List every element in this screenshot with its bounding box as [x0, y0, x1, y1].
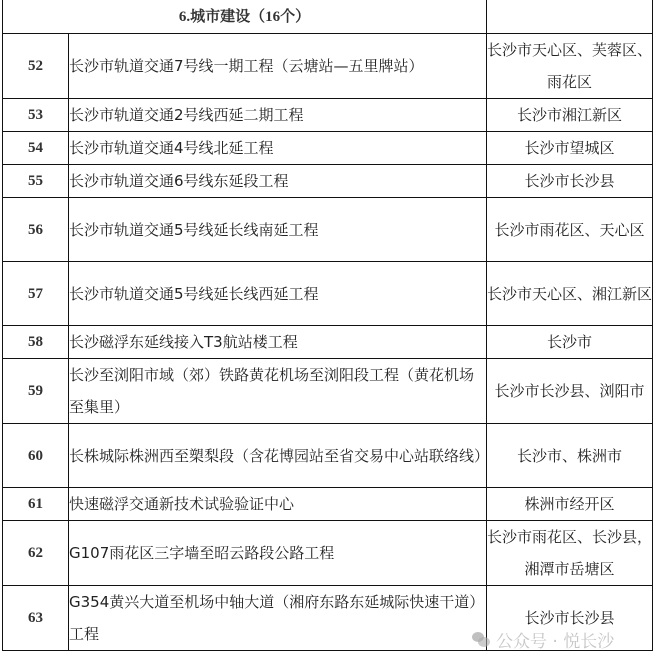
- project-name: G107雨花区三字墙至昭云路段公路工程: [69, 521, 487, 586]
- table-row: 60 长株城际株洲西至槊梨段（含花博园站至省交易中心站联络线） 长沙市、株洲市: [3, 424, 653, 488]
- project-name: 长株城际株洲西至槊梨段（含花博园站至省交易中心站联络线）: [69, 424, 487, 488]
- project-location: 长沙市雨花区、长沙县，湘潭市岳塘区: [487, 521, 653, 586]
- table-row: 62 G107雨花区三字墙至昭云路段公路工程 长沙市雨花区、长沙县，湘潭市岳塘区: [3, 521, 653, 586]
- project-name: 长沙市轨道交通5号线延长线西延工程: [69, 262, 487, 326]
- project-name: 长沙市轨道交通2号线西延二期工程: [69, 99, 487, 132]
- project-name: 长沙磁浮东延线接入T3航站楼工程: [69, 326, 487, 359]
- project-name: 长沙市轨道交通5号线延长线南延工程: [69, 198, 487, 262]
- row-number: 55: [3, 165, 69, 198]
- section-header-row: 6.城市建设（16个）: [3, 0, 653, 34]
- row-number: 56: [3, 198, 69, 262]
- table-row: 59 长沙至浏阳市域（郊）铁路黄花机场至浏阳段工程（黄花机场至集里） 长沙市长沙…: [3, 359, 653, 424]
- section-title: 6.城市建设（16个）: [3, 0, 487, 34]
- row-number: 60: [3, 424, 69, 488]
- project-name: G354黄兴大道至机场中轴大道（湘府东路东延城际快速干道）工程: [69, 586, 487, 651]
- project-name: 长沙市轨道交通6号线东延段工程: [69, 165, 487, 198]
- row-number: 57: [3, 262, 69, 326]
- row-number: 63: [3, 586, 69, 651]
- table-row: 61 快速磁浮交通新技术试验验证中心 株洲市经开区: [3, 488, 653, 521]
- row-number: 52: [3, 34, 69, 99]
- project-location: 长沙市长沙县、浏阳市: [487, 359, 653, 424]
- table-row: 53 长沙市轨道交通2号线西延二期工程 长沙市湘江新区: [3, 99, 653, 132]
- section-location: [487, 0, 653, 34]
- project-name: 快速磁浮交通新技术试验验证中心: [69, 488, 487, 521]
- table-row: 56 长沙市轨道交通5号线延长线南延工程 长沙市雨花区、天心区: [3, 198, 653, 262]
- table-row: 54 长沙市轨道交通4号线北延工程 长沙市望城区: [3, 132, 653, 165]
- table-row: 58 长沙磁浮东延线接入T3航站楼工程 长沙市: [3, 326, 653, 359]
- project-location: 长沙市、株洲市: [487, 424, 653, 488]
- project-location: 长沙市天心区、湘江新区: [487, 262, 653, 326]
- row-number: 53: [3, 99, 69, 132]
- row-number: 61: [3, 488, 69, 521]
- table-row: 55 长沙市轨道交通6号线东延段工程 长沙市长沙县: [3, 165, 653, 198]
- table-row: 63 G354黄兴大道至机场中轴大道（湘府东路东延城际快速干道）工程 长沙市长沙…: [3, 586, 653, 651]
- project-location: 长沙市长沙县: [487, 165, 653, 198]
- row-number: 58: [3, 326, 69, 359]
- project-location: 长沙市雨花区、天心区: [487, 198, 653, 262]
- project-location: 株洲市经开区: [487, 488, 653, 521]
- project-location: 长沙市长沙县: [487, 586, 653, 651]
- project-location: 长沙市: [487, 326, 653, 359]
- project-location: 长沙市望城区: [487, 132, 653, 165]
- row-number: 62: [3, 521, 69, 586]
- projects-table: 6.城市建设（16个） 52 长沙市轨道交通7号线一期工程（云塘站—五里牌站） …: [2, 0, 653, 651]
- table-row: 52 长沙市轨道交通7号线一期工程（云塘站—五里牌站） 长沙市天心区、芙蓉区、雨…: [3, 34, 653, 99]
- project-name: 长沙市轨道交通4号线北延工程: [69, 132, 487, 165]
- table-row: 57 长沙市轨道交通5号线延长线西延工程 长沙市天心区、湘江新区: [3, 262, 653, 326]
- project-location: 长沙市湘江新区: [487, 99, 653, 132]
- project-name: 长沙至浏阳市域（郊）铁路黄花机场至浏阳段工程（黄花机场至集里）: [69, 359, 487, 424]
- project-name: 长沙市轨道交通7号线一期工程（云塘站—五里牌站）: [69, 34, 487, 99]
- row-number: 59: [3, 359, 69, 424]
- row-number: 54: [3, 132, 69, 165]
- project-location: 长沙市天心区、芙蓉区、雨花区: [487, 34, 653, 99]
